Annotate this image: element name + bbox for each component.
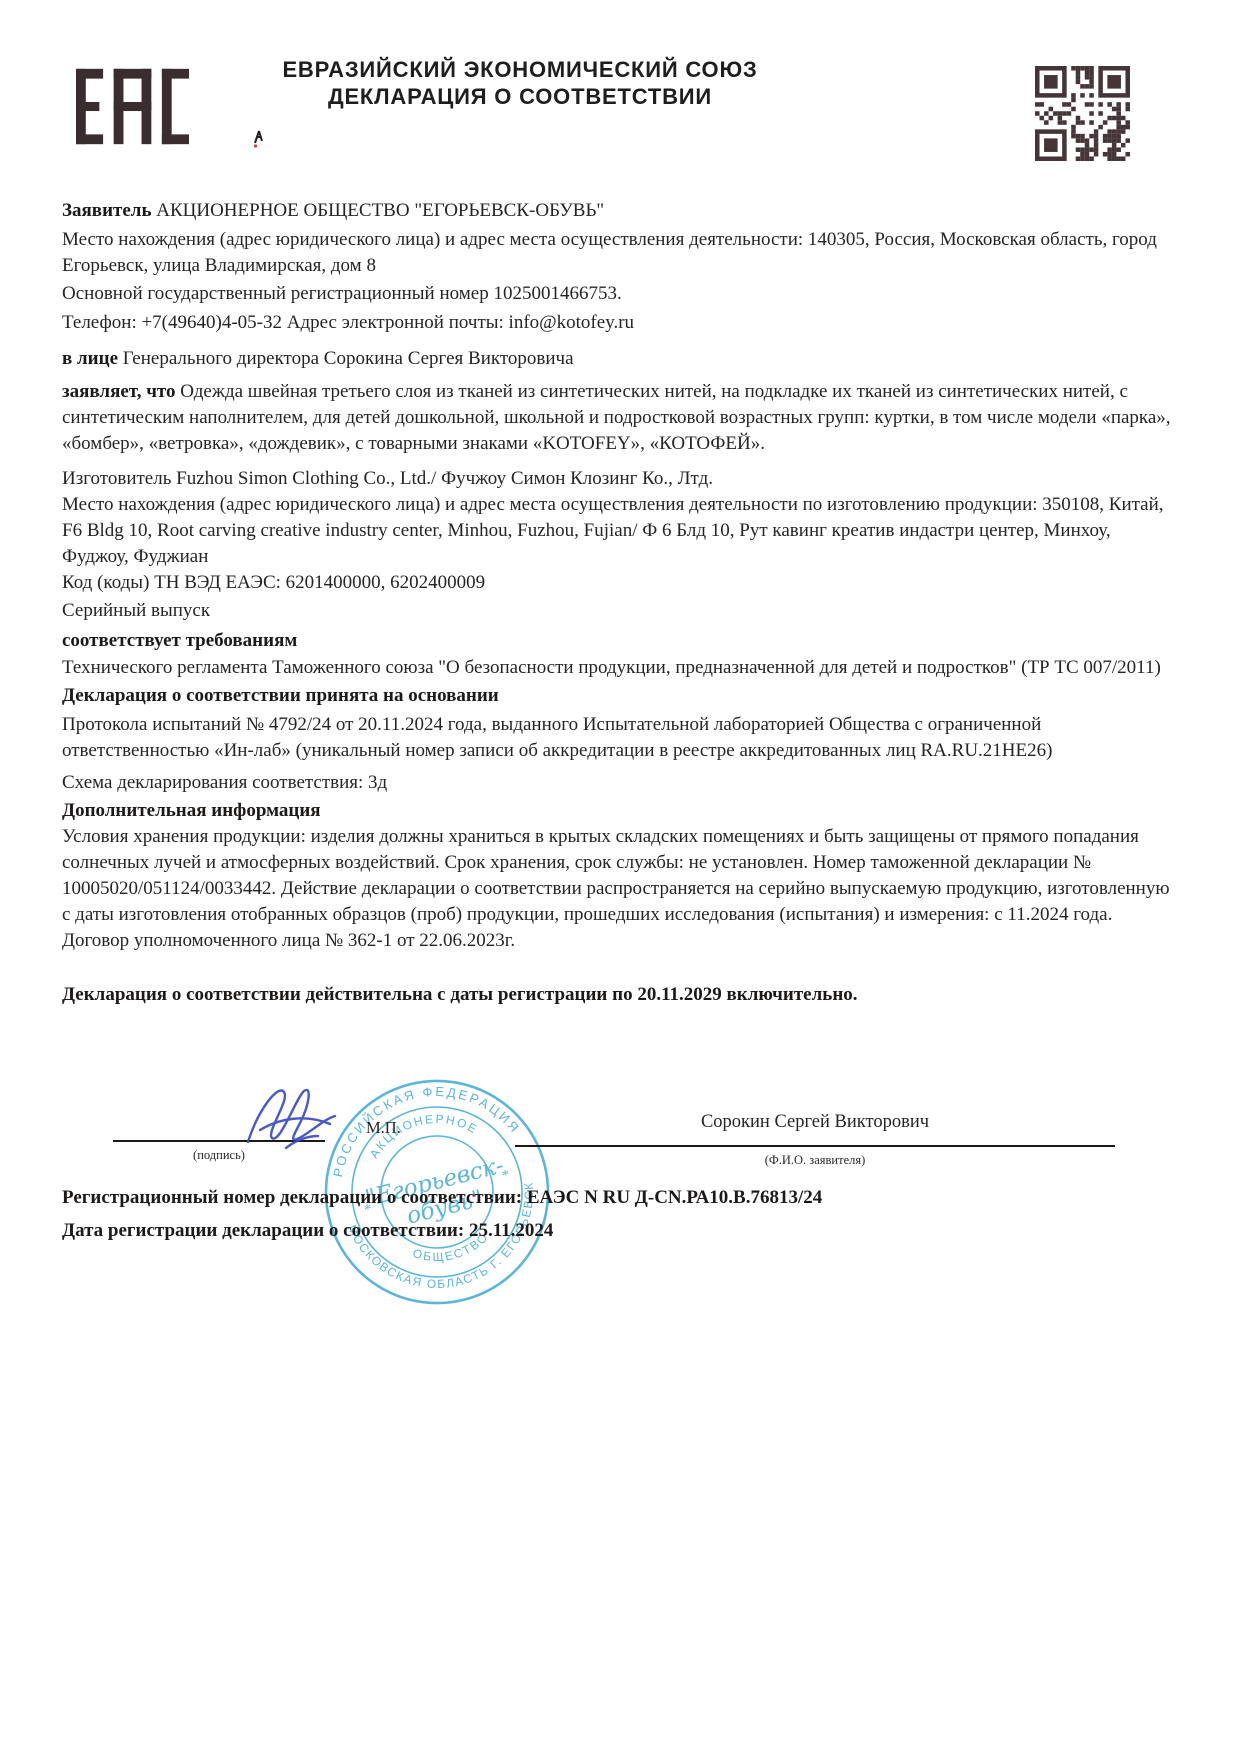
registration-number-line: Регистрационный номер декларации о соотв… (62, 1187, 1172, 1209)
document-title: ЕВРАЗИЙСКИЙ ЭКОНОМИЧЕСКИЙ СОЮЗ ДЕКЛАРАЦИ… (235, 56, 805, 110)
signer-full-name: Сорокин Сергей Викторович (515, 1112, 1115, 1133)
applicant-name-line (515, 1145, 1115, 1147)
registration-date-line: Дата регистрации декларации о соответств… (62, 1220, 1172, 1242)
scheme-line: Схема декларирования соответствия: 3д (62, 770, 1180, 796)
declares-text: Одежда швейная третьего слоя из тканей и… (62, 381, 1171, 454)
title-line-1: ЕВРАЗИЙСКИЙ ЭКОНОМИЧЕСКИЙ СОЮЗ (235, 56, 805, 83)
stamp-place-label: М.П. (366, 1118, 401, 1138)
ogrn-line: Основной государственный регистрационный… (62, 281, 1180, 307)
serial-release-line: Серийный выпуск (62, 598, 1180, 624)
declaration-page: ЕВРАЗИЙСКИЙ ЭКОНОМИЧЕСКИЙ СОЮЗ ДЕКЛАРАЦИ… (0, 0, 1240, 1755)
phone-email-line: Телефон: +7(49640)4-05-32 Адрес электрон… (62, 310, 1180, 336)
ink-artifact (252, 128, 266, 150)
in-person-label: в лице (62, 348, 118, 369)
declares-paragraph: заявляет, что Одежда швейная третьего сл… (62, 379, 1180, 457)
tnved-code-line: Код (коды) ТН ВЭД ЕАЭС: 6201400000, 6202… (62, 570, 1180, 596)
applicant-label: Заявитель (62, 200, 152, 221)
complies-text: Технического регламента Таможенного союз… (62, 655, 1180, 681)
basis-heading: Декларация о соответствии принята на осн… (62, 683, 1180, 709)
applicant-line: Заявитель АКЦИОНЕРНОЕ ОБЩЕСТВО "ЕГОРЬЕВС… (62, 198, 1180, 224)
in-person-text: Генерального директора Сорокина Сергея В… (118, 348, 574, 369)
manufacturer-line: Изготовитель Fuzhou Simon Clothing Co., … (62, 466, 1180, 492)
applicant-name: АКЦИОНЕРНОЕ ОБЩЕСТВО "ЕГОРЬЕВСК-ОБУВЬ" (152, 200, 605, 221)
title-line-2: ДЕКЛАРАЦИЯ О СООТВЕТСТВИИ (235, 83, 805, 110)
complies-heading: соответствует требованиям (62, 628, 1180, 654)
additional-info-text: Условия хранения продукции: изделия долж… (62, 824, 1180, 954)
declaration-body: Заявитель АКЦИОНЕРНОЕ ОБЩЕСТВО "ЕГОРЬЕВС… (62, 198, 1180, 1008)
handwritten-signature (238, 1078, 348, 1160)
manufacturer-address: Место нахождения (адрес юридического лиц… (62, 492, 1180, 570)
validity-line: Декларация о соответствии действительна … (62, 982, 1180, 1008)
qr-code (1035, 66, 1130, 161)
applicant-address-line: Место нахождения (адрес юридического лиц… (62, 227, 1180, 279)
declares-label: заявляет, что (62, 381, 176, 402)
eac-logo (76, 58, 189, 155)
additional-info-heading: Дополнительная информация (62, 798, 1180, 824)
applicant-fio-caption: (Ф.И.О. заявителя) (515, 1153, 1115, 1168)
basis-text: Протокола испытаний № 4792/24 от 20.11.2… (62, 712, 1180, 764)
in-person-line: в лице Генерального директора Сорокина С… (62, 346, 1180, 372)
